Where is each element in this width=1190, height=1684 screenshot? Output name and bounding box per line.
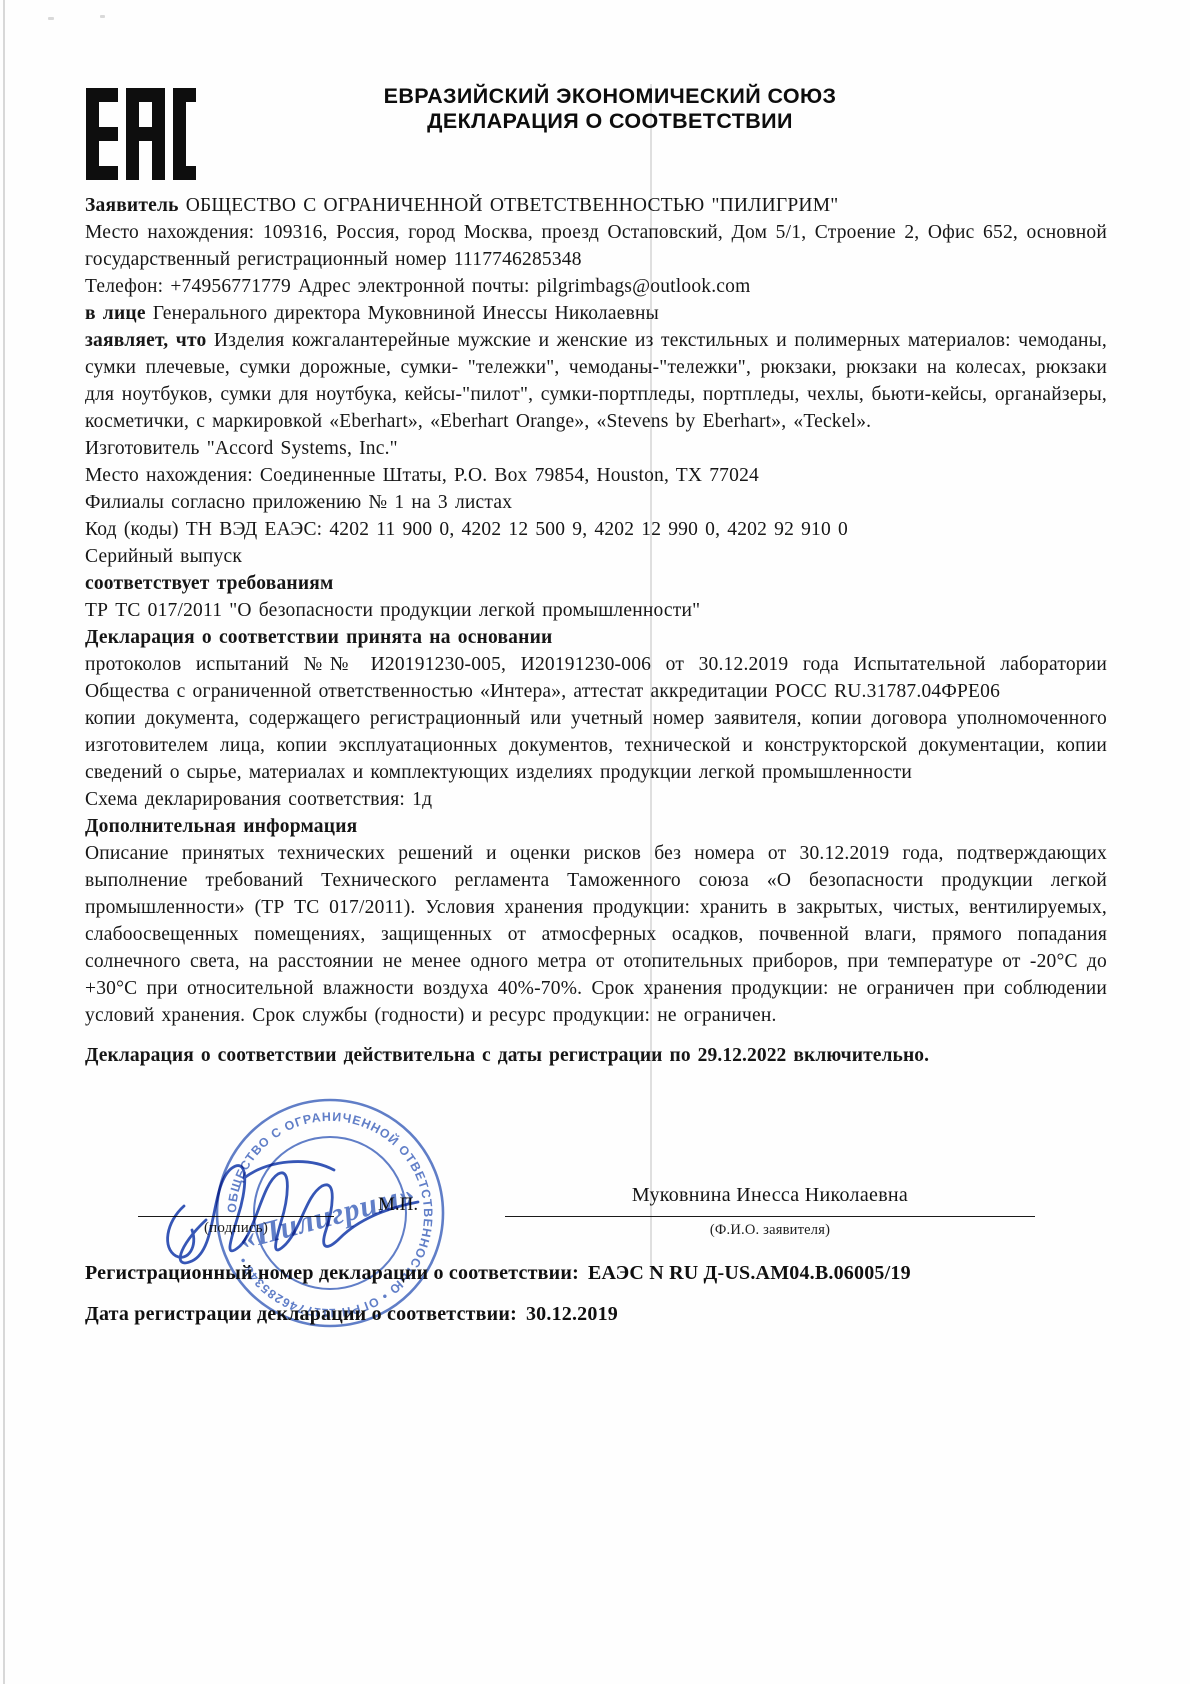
serial-production: Серийный выпуск [85,543,1107,570]
declaration-scheme: Схема декларирования соответствия: 1д [85,786,1107,813]
test-protocols: протоколов испытаний №№ И20191230-005, И… [85,651,1107,705]
applicant-value: ОБЩЕСТВО С ОГРАНИЧЕННОЙ ОТВЕТСТВЕННОСТЬЮ… [179,195,839,216]
para-text: Изготовитель "Accord Systems, Inc." [85,438,398,459]
conforms-heading: соответствует требованиям [85,570,1107,597]
technical-regulation: ТР ТС 017/2011 "О безопасности продукции… [85,597,1107,624]
tnved-codes: Код (коды) ТН ВЭД ЕАЭС: 4202 11 900 0, 4… [85,516,1107,543]
contacts: Телефон: +74956771779 Адрес электронной … [85,273,1107,300]
validity-statement: Декларация о соответствии действительна … [85,1042,1107,1069]
para-lead: Декларация о соответствии принята на осн… [85,627,552,648]
para-text: Филиалы согласно приложению № 1 на 3 лис… [85,492,512,513]
document-title: ЕВРАЗИЙСКИЙ ЭКОНОМИЧЕСКИЙ СОЮЗ ДЕКЛАРАЦИ… [240,84,980,134]
para-text: Телефон: +74956771779 Адрес электронной … [85,276,750,297]
manufacturer-address: Место нахождения: Соединенные Штаты, P.O… [85,462,1107,489]
document-page: ЕВРАЗИЙСКИЙ ЭКОНОМИЧЕСКИЙ СОЮЗ ДЕКЛАРАЦИ… [0,0,1190,1684]
applicant: Заявитель ОБЩЕСТВО С ОГРАНИЧЕННОЙ ОТВЕТС… [85,192,1107,219]
para-text: Генерального директора Муковниной Инессы… [146,303,659,324]
para-text: Место нахождения: Соединенные Штаты, P.O… [85,465,759,486]
para-text: Описание принятых технических решений и … [85,843,1107,1026]
para-text: ТР ТС 017/2011 "О безопасности продукции… [85,600,700,621]
para-text: Серийный выпуск [85,546,242,567]
handwritten-signature [148,1118,448,1268]
applicant-address: Место нахождения: 109316, Россия, город … [85,219,1107,273]
para-lead: заявляет, что [85,330,206,351]
para-text: Схема декларирования соответствия: 1д [85,789,432,810]
branches: Филиалы согласно приложению № 1 на 3 лис… [85,489,1107,516]
para-text: копии документа, содержащего регистрацио… [85,708,1107,783]
registration-date-label: Дата регистрации декларации о соответств… [85,1303,517,1325]
para-text: Место нахождения: 109316, Россия, город … [85,222,1107,270]
fio-caption: (Ф.И.О. заявителя) [505,1222,1035,1239]
additional-info: Описание принятых технических решений и … [85,840,1107,1029]
basis-heading: Декларация о соответствии принята на осн… [85,624,1107,651]
para-lead: соответствует требованиям [85,573,334,594]
declaration-body: Заявитель ОБЩЕСТВО С ОГРАНИЧЕННОЙ ОТВЕТС… [85,192,1107,1069]
registration-number-value: ЕАЭС N RU Д-US.АМ04.В.06005/19 [588,1262,911,1284]
para-text: Изделия кожгалантерейные мужские и женск… [85,330,1107,432]
registration-number-line: Регистрационный номер декларации о соотв… [85,1262,911,1285]
applicant-fio: Муковнина Инесса Николаевна [505,1184,1035,1207]
eac-logo-icon [86,88,196,180]
title-line-declaration: ДЕКЛАРАЦИЯ О СООТВЕТСТВИИ [240,109,980,134]
additional-info-heading: Дополнительная информация [85,813,1107,840]
document-copies: копии документа, содержащего регистрацио… [85,705,1107,786]
para-lead: Дополнительная информация [85,816,357,837]
applicant-label: Заявитель [85,195,179,216]
title-line-union: ЕВРАЗИЙСКИЙ ЭКОНОМИЧЕСКИЙ СОЮЗ [240,84,980,109]
scan-speck [100,15,105,18]
para-text: протоколов испытаний №№ И20191230-005, И… [85,654,1107,702]
para-lead: в лице [85,303,146,324]
fio-line [505,1216,1035,1217]
product-description: заявляет, что Изделия кожгалантерейные м… [85,327,1107,435]
scan-edge-line [3,0,5,1684]
manufacturer: Изготовитель "Accord Systems, Inc." [85,435,1107,462]
para-text: Код (коды) ТН ВЭД ЕАЭС: 4202 11 900 0, 4… [85,519,848,540]
representative: в лице Генерального директора Муковниной… [85,300,1107,327]
scan-speck [48,17,54,20]
registration-date-line: Дата регистрации декларации о соответств… [85,1303,618,1326]
registration-number-label: Регистрационный номер декларации о соотв… [85,1262,579,1284]
registration-date-value: 30.12.2019 [526,1303,618,1325]
